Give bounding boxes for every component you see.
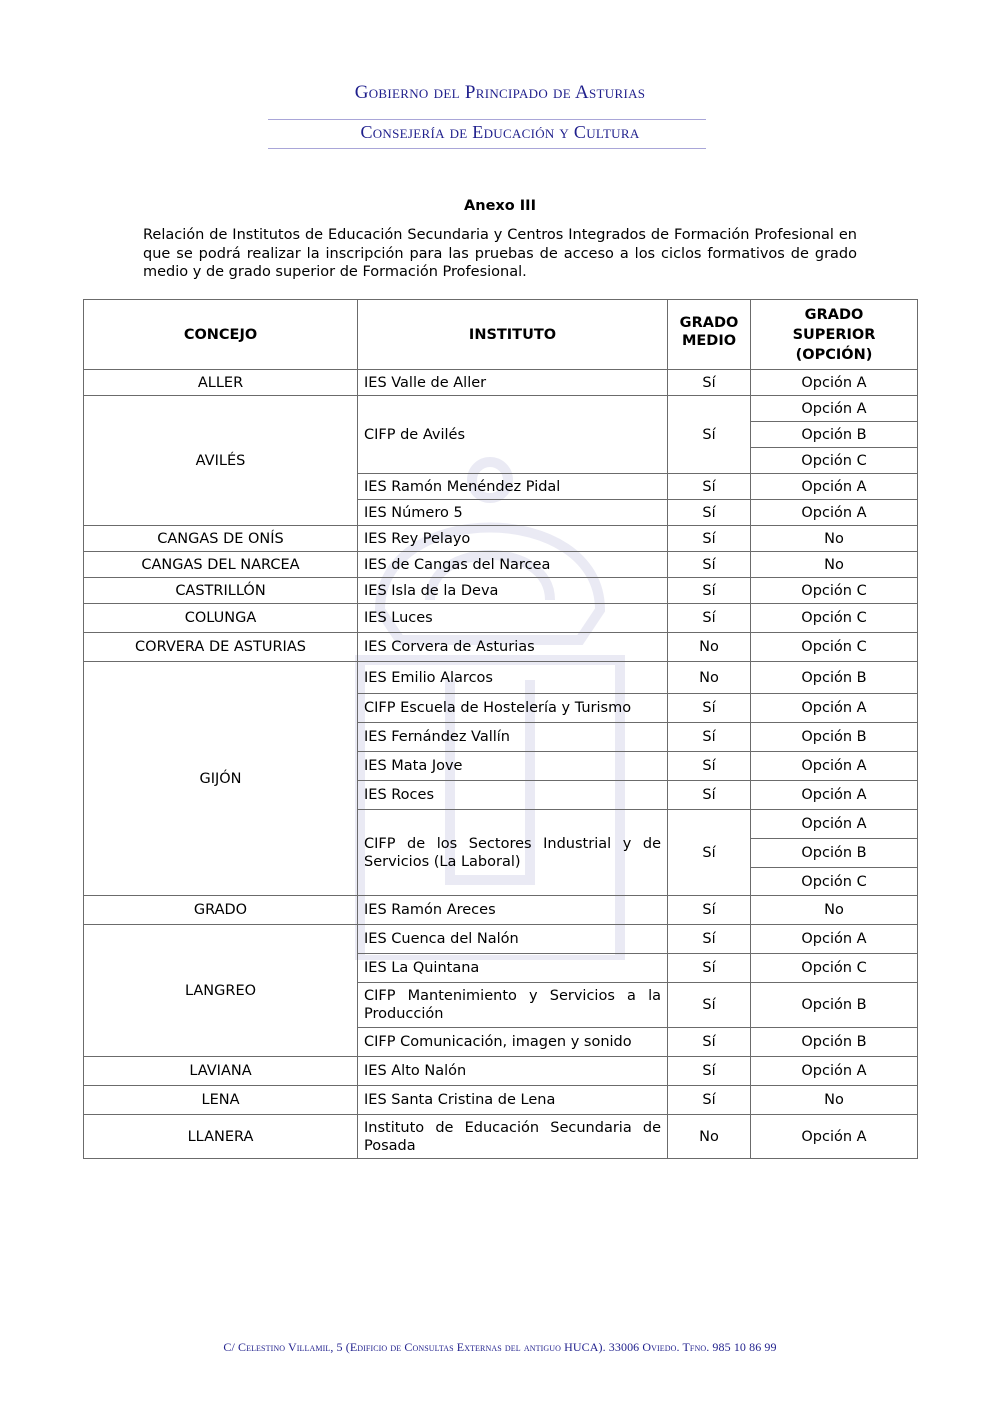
grado-medio-cell-text: Sí [702, 1092, 715, 1108]
concejo-cell-text: AVILÉS [196, 453, 246, 469]
instituto-cell: IES Ramón Menéndez Pidal [357, 473, 668, 500]
concejo-cell-text: GIJÓN [199, 771, 241, 787]
grado-superior-cell-text: Opción C [801, 639, 866, 655]
concejo-cell-text: CANGAS DEL NARCEA [141, 557, 299, 573]
grado-medio-cell-text: Sí [702, 758, 715, 774]
grado-medio-cell-text: Sí [702, 375, 715, 391]
grado-medio-cell: Sí [667, 780, 751, 810]
header-concejo: CONCEJO [83, 299, 358, 370]
concejo-cell: LENA [83, 1085, 358, 1115]
instituto-cell: IES Fernández Vallín [357, 722, 668, 752]
grado-superior-cell-text: Opción B [801, 997, 866, 1013]
concejo-cell: COLUNGA [83, 603, 358, 633]
concejo-cell: CANGAS DEL NARCEA [83, 551, 358, 578]
concejo-cell-text: LENA [201, 1092, 239, 1108]
grado-superior-cell: Opción A [750, 809, 918, 839]
concejo-cell: CASTRILLÓN [83, 577, 358, 604]
grado-medio-cell-text: Sí [702, 531, 715, 547]
instituto-cell: IES Ramón Areces [357, 895, 668, 925]
grado-medio-cell: Sí [667, 751, 751, 781]
grado-medio-cell: Sí [667, 895, 751, 925]
grado-superior-cell: Opción B [750, 982, 918, 1028]
grado-medio-cell-text: No [699, 670, 719, 686]
grado-superior-cell-text: No [824, 1092, 844, 1108]
grado-superior-cell-text: Opción A [801, 758, 866, 774]
grado-superior-cell-text: Opción A [801, 816, 866, 832]
grado-medio-cell: Sí [667, 577, 751, 604]
instituto-cell: IES de Cangas del Narcea [357, 551, 668, 578]
instituto-cell-text: IES Fernández Vallín [364, 728, 510, 746]
grado-superior-cell: Opción C [750, 577, 918, 604]
instituto-cell-text: CIFP Escuela de Hostelería y Turismo [364, 699, 631, 717]
concejo-cell-text: LLANERA [188, 1129, 254, 1145]
grado-superior-cell: No [750, 525, 918, 552]
grado-medio-cell: No [667, 632, 751, 662]
concejo-cell-text: GRADO [194, 902, 247, 918]
grado-superior-cell: Opción A [750, 369, 918, 396]
instituto-cell-text: CIFP Comunicación, imagen y sonido [364, 1033, 632, 1051]
concejo-cell-text: CORVERA DE ASTURIAS [135, 639, 306, 655]
grado-superior-cell: Opción A [750, 1114, 918, 1159]
grado-medio-cell-text: Sí [702, 557, 715, 573]
grado-superior-cell: Opción C [750, 953, 918, 983]
grado-medio-cell: Sí [667, 603, 751, 633]
grado-superior-cell-text: Opción A [801, 401, 866, 417]
concejo-cell: LANGREO [83, 924, 358, 1057]
instituto-cell-text: CIFP de los Sectores Industrial y de Ser… [364, 835, 661, 871]
grado-superior-cell: No [750, 1085, 918, 1115]
grado-medio-cell: Sí [667, 1027, 751, 1057]
grado-superior-cell: Opción A [750, 780, 918, 810]
grado-superior-cell: Opción B [750, 661, 918, 694]
instituto-cell-text: IES Mata Jove [364, 757, 462, 775]
header-grado-medio: GRADO MEDIO [667, 299, 751, 370]
instituto-cell-text: IES Cuenca del Nalón [364, 930, 519, 948]
grado-medio-cell: Sí [667, 809, 751, 896]
grado-medio-cell: Sí [667, 924, 751, 954]
instituto-cell: CIFP Comunicación, imagen y sonido [357, 1027, 668, 1057]
grado-superior-cell-text: Opción B [801, 670, 866, 686]
concejo-cell: CORVERA DE ASTURIAS [83, 632, 358, 662]
grado-superior-cell-text: Opción A [801, 375, 866, 391]
grado-superior-cell: Opción B [750, 838, 918, 868]
instituto-cell: IES Mata Jove [357, 751, 668, 781]
grado-superior-cell: Opción B [750, 1027, 918, 1057]
grado-medio-cell-text: Sí [702, 610, 715, 626]
instituto-cell: IES La Quintana [357, 953, 668, 983]
instituto-cell-text: IES Roces [364, 786, 434, 804]
grado-medio-cell: Sí [667, 953, 751, 983]
institutes-table: CONCEJOINSTITUTOGRADO MEDIOGRADO SUPERIO… [0, 0, 1000, 1414]
grado-superior-cell: Opción B [750, 722, 918, 752]
concejo-cell-text: LANGREO [185, 983, 256, 999]
instituto-cell: IES Rey Pelayo [357, 525, 668, 552]
grado-medio-cell: No [667, 1114, 751, 1159]
grado-medio-cell-text: Sí [702, 479, 715, 495]
instituto-cell-text: IES Isla de la Deva [364, 582, 498, 600]
grado-superior-cell: Opción C [750, 867, 918, 896]
instituto-cell-text: IES Número 5 [364, 504, 463, 522]
grado-superior-cell: No [750, 895, 918, 925]
grado-medio-cell: Sí [667, 982, 751, 1028]
grado-superior-cell: Opción A [750, 1056, 918, 1086]
instituto-cell: IES Valle de Aller [357, 369, 668, 396]
concejo-cell: GRADO [83, 895, 358, 925]
grado-superior-cell: Opción C [750, 603, 918, 633]
instituto-cell-text: IES Alto Nalón [364, 1062, 466, 1080]
instituto-cell: IES Emilio Alarcos [357, 661, 668, 694]
instituto-cell: IES Corvera de Asturias [357, 632, 668, 662]
grado-superior-cell-text: No [824, 902, 844, 918]
grado-superior-cell-text: Opción B [801, 729, 866, 745]
grado-superior-cell-text: Opción A [801, 1063, 866, 1079]
concejo-cell: GIJÓN [83, 661, 358, 896]
grado-superior-cell: Opción A [750, 751, 918, 781]
concejo-cell: AVILÉS [83, 395, 358, 526]
instituto-cell-text: IES Santa Cristina de Lena [364, 1091, 555, 1109]
grado-superior-cell-text: Opción C [801, 874, 866, 890]
grado-medio-cell-text: Sí [702, 505, 715, 521]
header-concejo-text: CONCEJO [184, 326, 257, 344]
instituto-cell-text: Instituto de Educación Secundaria de Pos… [364, 1119, 661, 1155]
grado-superior-cell: Opción C [750, 632, 918, 662]
grado-superior-cell-text: Opción B [801, 427, 866, 443]
grado-superior-cell: Opción A [750, 924, 918, 954]
instituto-cell: IES Isla de la Deva [357, 577, 668, 604]
grado-medio-cell-text: No [699, 639, 719, 655]
grado-superior-cell-text: Opción A [801, 1129, 866, 1145]
instituto-cell: CIFP de los Sectores Industrial y de Ser… [357, 809, 668, 896]
header-instituto-text: INSTITUTO [469, 326, 556, 344]
grado-medio-cell: Sí [667, 395, 751, 474]
grado-medio-cell-text: Sí [702, 1063, 715, 1079]
grado-superior-cell-text: Opción A [801, 787, 866, 803]
grado-superior-cell: Opción A [750, 693, 918, 723]
grado-superior-cell-text: Opción C [801, 610, 866, 626]
grado-medio-cell-text: Sí [702, 1034, 715, 1050]
grado-medio-cell: Sí [667, 499, 751, 526]
concejo-cell: ALLER [83, 369, 358, 396]
footer-address: C/ Celestino Villamil, 5 (Edificio de Co… [0, 1340, 1000, 1355]
concejo-cell: LLANERA [83, 1114, 358, 1159]
header-grado-superior: GRADO SUPERIOR (OPCIÓN) [750, 299, 918, 370]
grado-medio-cell: Sí [667, 1056, 751, 1086]
grado-superior-cell-text: Opción A [801, 700, 866, 716]
concejo-cell-text: ALLER [198, 375, 243, 391]
grado-medio-cell-text: No [699, 1129, 719, 1145]
grado-medio-cell-text: Sí [702, 902, 715, 918]
concejo-cell: CANGAS DE ONÍS [83, 525, 358, 552]
instituto-cell: IES Número 5 [357, 499, 668, 526]
instituto-cell: Instituto de Educación Secundaria de Pos… [357, 1114, 668, 1159]
grado-medio-cell: Sí [667, 722, 751, 752]
grado-superior-cell-text: Opción C [801, 453, 866, 469]
grado-medio-cell: No [667, 661, 751, 694]
grado-medio-cell: Sí [667, 551, 751, 578]
instituto-cell: IES Roces [357, 780, 668, 810]
grado-superior-cell-text: Opción A [801, 505, 866, 521]
instituto-cell-text: IES de Cangas del Narcea [364, 556, 550, 574]
instituto-cell: CIFP Mantenimiento y Servicios a la Prod… [357, 982, 668, 1028]
instituto-cell: CIFP de Avilés [357, 395, 668, 474]
concejo-cell-text: COLUNGA [185, 610, 257, 626]
instituto-cell-text: IES Luces [364, 609, 433, 627]
grado-medio-cell: Sí [667, 525, 751, 552]
concejo-cell-text: CASTRILLÓN [175, 583, 265, 599]
instituto-cell-text: IES Valle de Aller [364, 374, 486, 392]
header-grado-medio-text: GRADO MEDIO [680, 314, 739, 350]
instituto-cell: IES Luces [357, 603, 668, 633]
instituto-cell-text: IES La Quintana [364, 959, 479, 977]
grado-superior-cell-text: Opción A [801, 931, 866, 947]
instituto-cell-text: IES Emilio Alarcos [364, 669, 493, 687]
concejo-cell-text: CANGAS DE ONÍS [157, 531, 284, 547]
grado-medio-cell-text: Sí [702, 931, 715, 947]
instituto-cell: IES Cuenca del Nalón [357, 924, 668, 954]
grado-medio-cell: Sí [667, 369, 751, 396]
instituto-cell-text: IES Corvera de Asturias [364, 638, 535, 656]
grado-medio-cell: Sí [667, 693, 751, 723]
grado-medio-cell-text: Sí [702, 787, 715, 803]
grado-medio-cell: Sí [667, 473, 751, 500]
instituto-cell-text: CIFP Mantenimiento y Servicios a la Prod… [364, 987, 661, 1023]
grado-superior-cell: Opción A [750, 499, 918, 526]
grado-superior-cell: Opción B [750, 421, 918, 448]
grado-medio-cell-text: Sí [702, 960, 715, 976]
grado-medio-cell: Sí [667, 1085, 751, 1115]
grado-superior-cell: Opción A [750, 473, 918, 500]
header-instituto: INSTITUTO [357, 299, 668, 370]
grado-medio-cell-text: Sí [702, 700, 715, 716]
grado-medio-cell-text: Sí [702, 583, 715, 599]
instituto-cell: CIFP Escuela de Hostelería y Turismo [357, 693, 668, 723]
grado-superior-cell-text: Opción C [801, 960, 866, 976]
grado-superior-cell-text: Opción C [801, 583, 866, 599]
grado-superior-cell: No [750, 551, 918, 578]
instituto-cell-text: CIFP de Avilés [364, 426, 465, 444]
instituto-cell: IES Santa Cristina de Lena [357, 1085, 668, 1115]
grado-superior-cell-text: Opción B [801, 1034, 866, 1050]
instituto-cell-text: IES Rey Pelayo [364, 530, 470, 548]
grado-medio-cell-text: Sí [702, 729, 715, 745]
instituto-cell-text: IES Ramón Areces [364, 901, 496, 919]
concejo-cell-text: LAVIANA [189, 1063, 251, 1079]
grado-superior-cell: Opción A [750, 395, 918, 422]
grado-superior-cell-text: No [824, 531, 844, 547]
grado-medio-cell-text: Sí [702, 997, 715, 1013]
instituto-cell: IES Alto Nalón [357, 1056, 668, 1086]
grado-superior-cell: Opción C [750, 447, 918, 474]
grado-medio-cell-text: Sí [702, 427, 715, 443]
instituto-cell-text: IES Ramón Menéndez Pidal [364, 478, 560, 496]
grado-superior-cell-text: No [824, 557, 844, 573]
grado-medio-cell-text: Sí [702, 845, 715, 861]
grado-superior-cell-text: Opción B [801, 845, 866, 861]
header-grado-superior-text: GRADO SUPERIOR (OPCIÓN) [793, 305, 876, 365]
grado-superior-cell-text: Opción A [801, 479, 866, 495]
concejo-cell: LAVIANA [83, 1056, 358, 1086]
